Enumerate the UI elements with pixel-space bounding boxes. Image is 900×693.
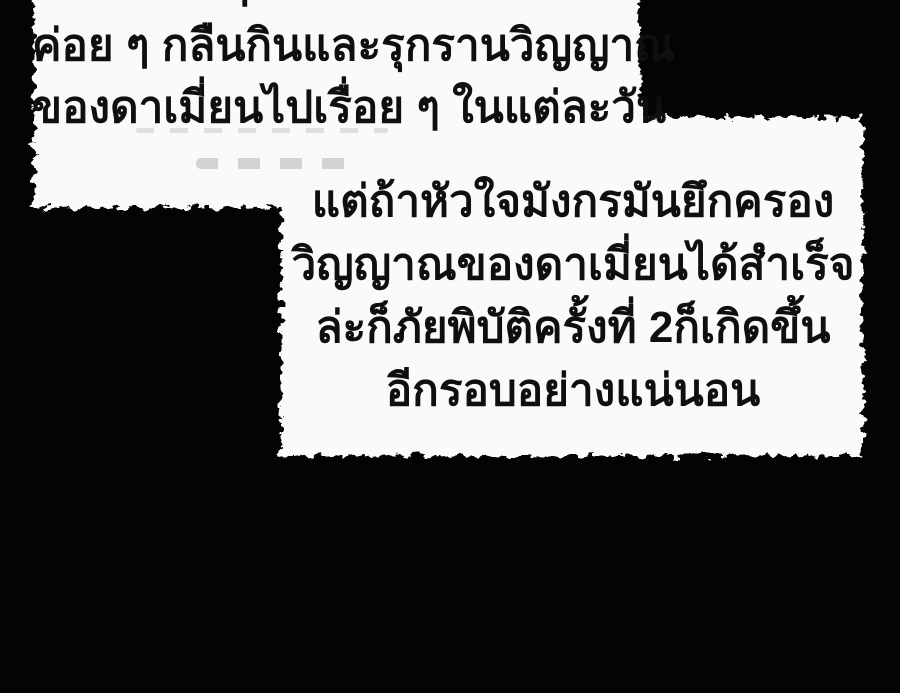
narration-line: ค่อย ๆ กลืนกินและรุกรานวิญญาณ <box>32 15 644 77</box>
narration-box-top: ส่วนเล็ก ๆ ในแต่ละวันมันก็ได้ ค่อย ๆ กลื… <box>32 0 644 139</box>
comic-page: ส่วนเล็ก ๆ ในแต่ละวันมันก็ได้ ค่อย ๆ กลื… <box>0 0 900 693</box>
narration-line-clipped: ส่วนเล็ก ๆ ในแต่ละวันมันก็ได้ <box>32 0 644 15</box>
narration-line: วิญญาณของดาเมี่ยนได้สำเร็จ <box>284 233 862 296</box>
narration-line: อีกรอบอย่างแน่นอน <box>284 359 862 422</box>
narration-line: ของดาเมี่ยนไปเรื่อย ๆ ในแต่ละวัน <box>32 77 644 139</box>
narration-line: แต่ถ้าหัวใจมังกรมันยึกครอง <box>284 170 862 233</box>
narration-box-bottom: แต่ถ้าหัวใจมังกรมันยึกครอง วิญญาณของดาเม… <box>284 170 862 422</box>
narration-line: ล่ะก็ภัยพิบัติครั้งที่ 2ก็เกิดขึ้น <box>284 296 862 359</box>
